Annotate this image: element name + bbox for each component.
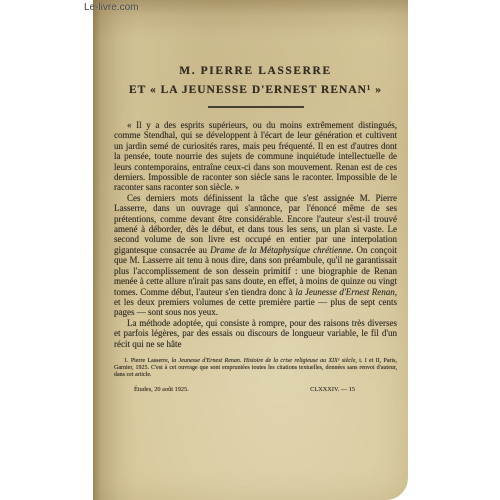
article-title: M. PIERRE LASSERRE ET « LA JEUNESSE D'ER… <box>114 0 397 108</box>
page-content: M. PIERRE LASSERRE ET « LA JEUNESSE D'ER… <box>114 0 397 393</box>
paragraph-quote: « Il y a des esprits supérieurs, ou du m… <box>114 120 397 193</box>
article-title-line1: M. PIERRE LASSERRE <box>114 64 397 78</box>
paragraph2-italic-title-1: Drame de la Métaphysique chrétienne <box>210 245 351 255</box>
footnote-seg1: 1. Pierre Lasserre, <box>124 358 172 364</box>
title-divider-rule <box>208 106 304 108</box>
footer-issue-date: Études, 20 août 1925. <box>134 386 189 393</box>
footnote-italic-title: la Jeunesse d'Ernest Renan. Histoire de … <box>172 358 356 364</box>
site-watermark: Le-livre.com <box>84 2 138 13</box>
article-title-line2: ET « LA JEUNESSE D'ERNEST RENAN¹ » <box>114 83 397 97</box>
paragraph-method: La méthode adoptée, qui consiste à rompr… <box>114 318 397 349</box>
article-body: « Il y a des esprits supérieurs, ou du m… <box>114 120 397 349</box>
paragraph-commentary: Ces derniers mots définissent la tâche q… <box>114 193 397 318</box>
footnote-text: 1. Pierre Lasserre, la Jeunesse d'Ernest… <box>114 358 397 380</box>
paragraph2-italic-title-2: la Jeunesse d'Ernest Renan <box>295 287 394 297</box>
footer-volume-signature: CLXXXIV. — 15 <box>310 386 355 393</box>
screenshot-canvas: Le-livre.com M. PIERRE LASSERRE ET « LA … <box>0 0 500 500</box>
page-footer: Études, 20 août 1925. CLXXXIV. — 15 <box>114 386 397 393</box>
scanned-page: M. PIERRE LASSERRE ET « LA JEUNESSE D'ER… <box>93 0 408 500</box>
footnote-block: 1. Pierre Lasserre, la Jeunesse d'Ernest… <box>114 358 397 380</box>
